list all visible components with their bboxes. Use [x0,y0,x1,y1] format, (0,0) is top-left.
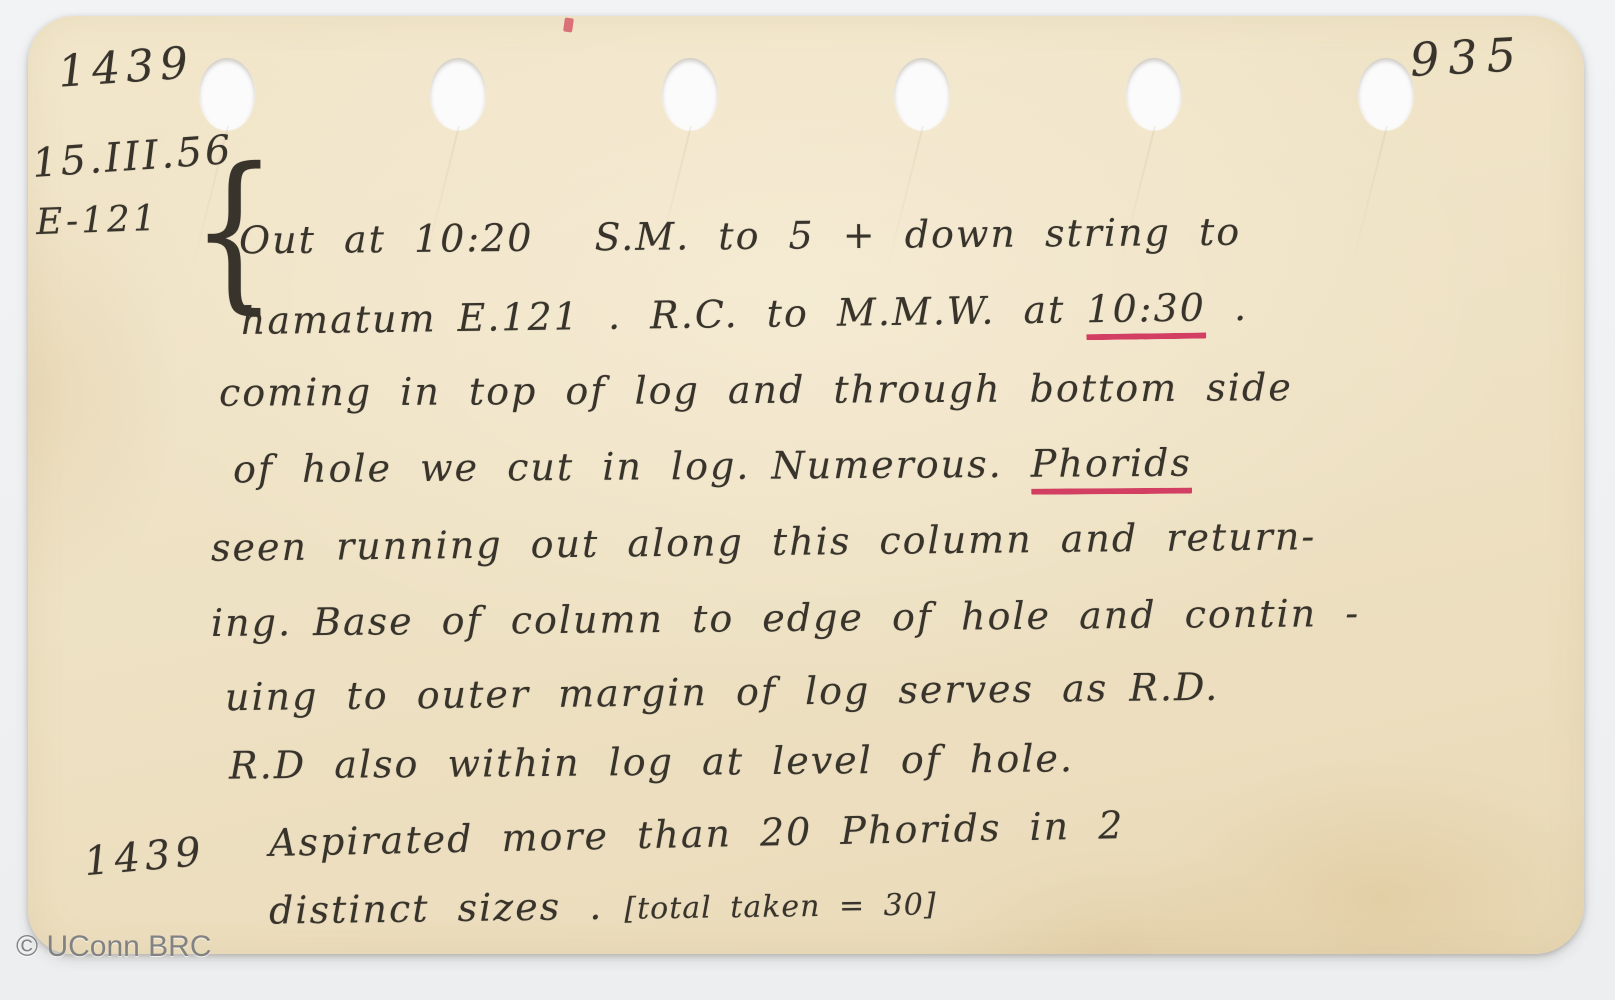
station-code: E-121 [35,198,159,243]
body-lines: Out at 10:20 S.M. to 5 + down string toh… [225,192,1555,952]
index-card: 1439 935 15.III.56 E-121 { Out at 10:20 … [28,16,1584,954]
handwritten-text: Aspirated more than 20 Phorids in 2 [269,803,1125,865]
handwritten-text: of hole we cut in log. Numerous. [233,442,1031,492]
handwritten-line: R.D also within log at level of hole. [229,736,1074,787]
handwritten-line: seen running out along this column and r… [211,514,1317,570]
punch-hole [199,58,255,130]
handwritten-line: uing to outer margin of log serves as R.… [225,665,1220,719]
punch-hole [1126,58,1182,130]
handwritten-line: ing. Base of column to edge of hole and … [211,591,1360,645]
handwritten-line: hamatum E.121 . R.C. to M.M.W. at 10:30 … [241,285,1249,352]
punch-hole [430,58,486,130]
handwritten-text: seen running out along this column and r… [211,514,1317,570]
handwritten-text: Out at 10:20 S.M. to 5 + down string to [239,210,1241,263]
catalog-number-top-right: 935 [1409,27,1526,87]
handwritten-line: of hole we cut in log. Numerous. Phorids [233,441,1192,501]
handwritten-line: distinct sizes . [total taken = 30] [269,879,937,932]
handwritten-line: Out at 10:20 S.M. to 5 + down string to [239,210,1241,263]
handwritten-text: ing. Base of column to edge of hole and … [211,591,1360,645]
handwritten-line: coming in top of log and through bottom … [219,365,1293,415]
copyright-watermark: © UConn BRC [16,930,212,964]
handwritten-text: distinct sizes . [269,884,625,933]
catalog-number-top-left: 1439 [56,37,195,97]
handwritten-text: [total taken = 30] [624,887,937,926]
red-pencil-fleck [563,17,574,32]
handwritten-text: . [1206,285,1249,330]
handwritten-text: uing to outer margin of log serves as R.… [225,665,1220,719]
punch-hole [894,58,950,130]
underlined-text: 10:30 [1086,286,1206,341]
punch-hole [1358,58,1414,130]
scanned-document-stage: 1439 935 15.III.56 E-121 { Out at 10:20 … [0,0,1615,1000]
catalog-number-bottom-left: 1439 [82,829,207,885]
handwritten-text: hamatum E.121 . R.C. to M.M.W. at [241,287,1087,343]
underlined-text: Phorids [1031,441,1192,495]
handwritten-text: R.D also within log at level of hole. [229,736,1074,787]
handwritten-line: Aspirated more than 20 Phorids in 2 [269,803,1125,865]
handwritten-text: coming in top of log and through bottom … [219,365,1293,415]
punch-hole [662,58,718,130]
